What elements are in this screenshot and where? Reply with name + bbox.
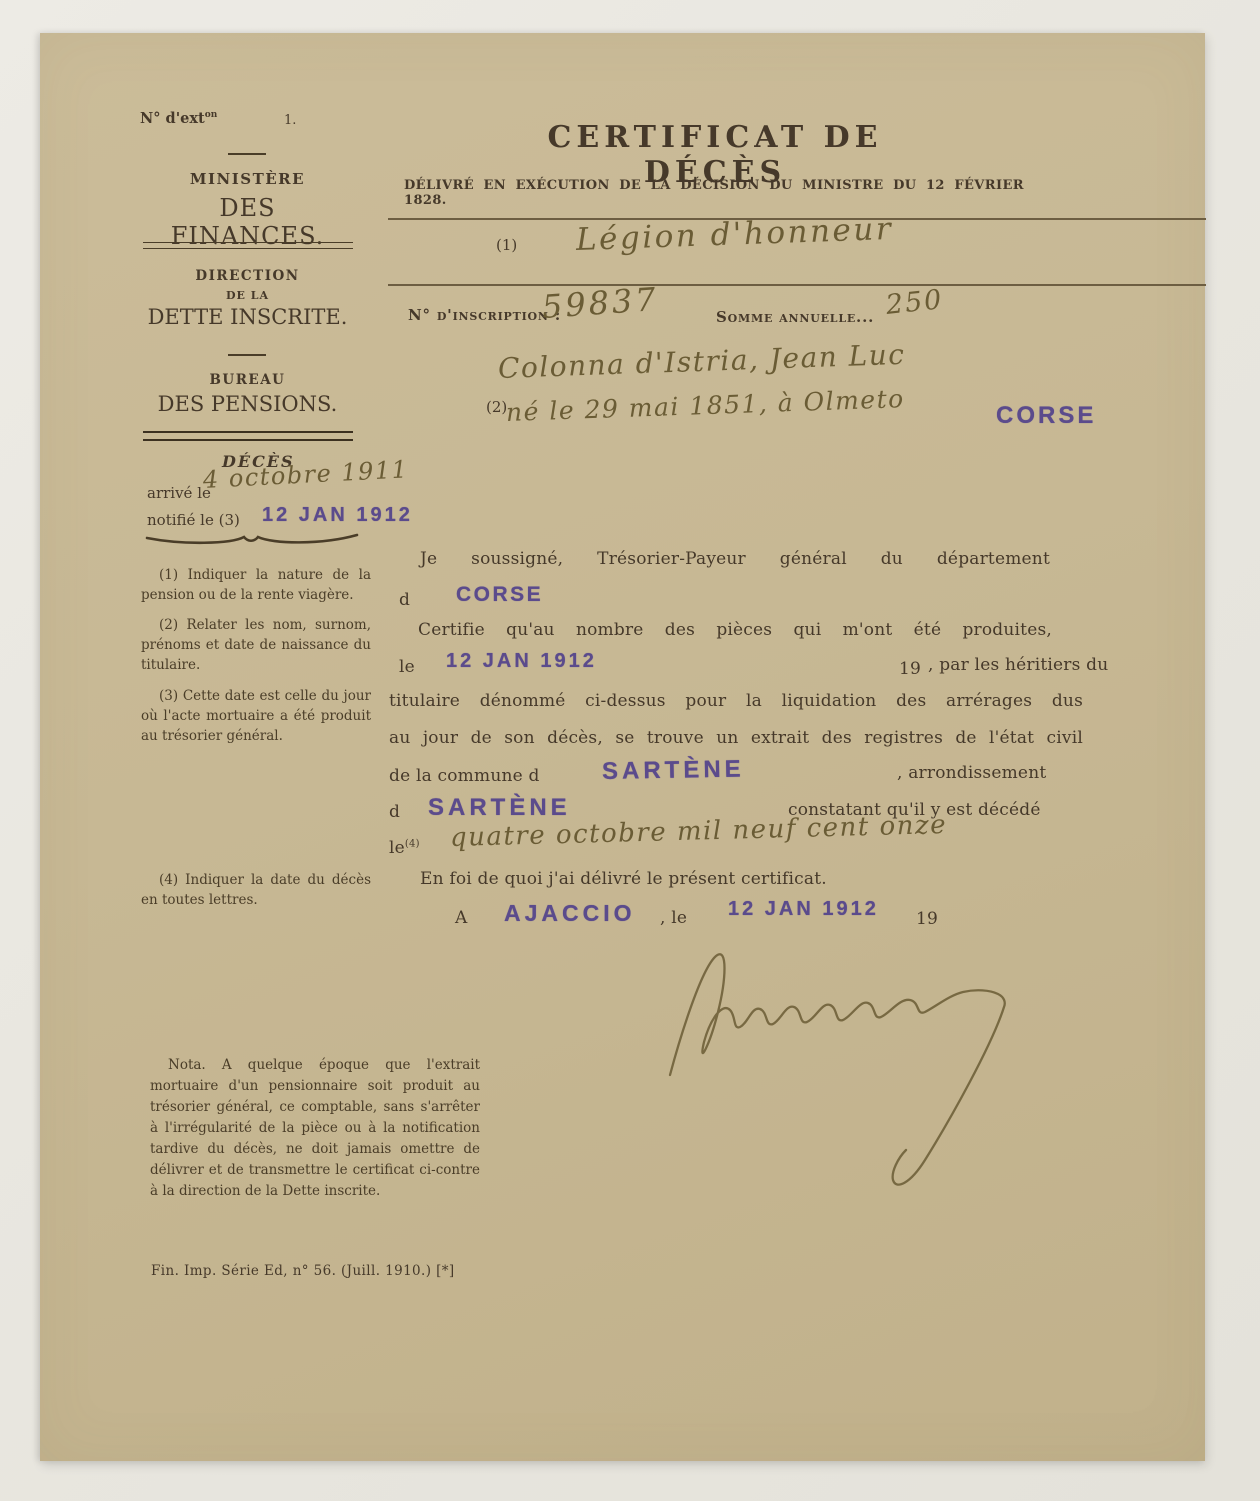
imprint-line: Fin. Imp. Série Ed, n° 56. (Juill. 1910.…: [151, 1263, 455, 1279]
heirs-suffix: , par les héritiers du: [928, 655, 1108, 675]
footnote-1: (1) Indiquer la nature de la pension ou …: [141, 565, 371, 605]
direction-line2: DE LA: [140, 289, 355, 302]
place-prefix: A: [455, 908, 467, 928]
arrond-prefix: d: [389, 802, 400, 822]
commune-prefix: de la commune d: [389, 766, 540, 786]
notifie-date-stamp: 12 JAN 1912: [262, 504, 413, 527]
foi-line: En foi de quoi j'ai délivré le présent c…: [420, 869, 827, 889]
date-stamp-2: 12 JAN 1912: [728, 898, 879, 921]
year-blank: 19: [899, 659, 921, 679]
extract-number-value: 1.: [284, 113, 296, 128]
le-label: le(4): [389, 838, 420, 858]
body-line-2: Certifie qu'au nombre des pièces qui m'o…: [418, 620, 1052, 640]
somme-annuelle-handwritten: 250: [884, 284, 944, 321]
corse-stamp-dept: CORSE: [456, 583, 543, 607]
footnote-3: (3) Cette date est celle du jour où l'ac…: [141, 686, 371, 746]
date-stamp-1: 12 JAN 1912: [446, 650, 597, 673]
swash-divider: [143, 528, 361, 546]
dept-prefix: d: [399, 590, 410, 610]
inscription-number-label: N° d'inscription :: [408, 306, 561, 324]
le2-label: , le: [660, 908, 687, 928]
bureau-line2: DES PENSIONS.: [140, 392, 355, 416]
arrive-label: arrivé le: [147, 484, 211, 502]
scan-background: N° d'exton 1. MINISTÈRE DES FINANCES. DI…: [0, 0, 1260, 1501]
year2-blank: 19: [916, 909, 938, 929]
bureau-line1: BUREAU: [140, 372, 355, 388]
direction-line3: DETTE INSCRITE.: [140, 305, 355, 329]
signature: [630, 950, 1080, 1220]
arrondissement-suffix: , arrondissement: [897, 763, 1046, 783]
rule-bottom: [388, 284, 1206, 286]
divider-short-top: [228, 153, 266, 155]
sartene-stamp-commune: SARTÈNE: [602, 756, 745, 786]
somme-annuelle-label: Somme annuelle...: [716, 308, 874, 326]
footnote-4: (4) Indiquer la date du décès en toutes …: [141, 870, 371, 910]
direction-block: DIRECTION DE LA DETTE INSCRITE.: [140, 268, 355, 329]
nota-paragraph: Nota. A quelque époque que l'extrait mor…: [150, 1055, 480, 1202]
extract-number-label: N° d'exton: [140, 110, 217, 127]
date-prefix: le: [399, 657, 415, 677]
footnote-2: (2) Relater les nom, surnom, prénoms et …: [141, 615, 371, 675]
field1-number: (1): [496, 236, 517, 254]
notifie-label: notifié le (3): [147, 511, 240, 529]
direction-line1: DIRECTION: [140, 268, 355, 284]
sartene-stamp-arrond: SARTÈNE: [428, 794, 571, 822]
bureau-block: BUREAU DES PENSIONS.: [140, 372, 355, 416]
divider-double: [143, 242, 353, 249]
document-subtitle: DÉLIVRÉ EN EXÉCUTION DE LA DÉCISION DU M…: [404, 178, 1024, 208]
body-line-4: au jour de son décès, se trouve un extra…: [389, 728, 1083, 748]
divider-heavy: [143, 431, 353, 441]
body-line-1: Je soussigné, Trésorier-Payeur général d…: [420, 549, 1050, 569]
ministry-line1: MINISTÈRE: [140, 170, 355, 188]
ministry-block: MINISTÈRE DES FINANCES.: [140, 170, 355, 250]
inscription-number-handwritten: 59837: [541, 280, 660, 326]
corse-stamp-top: CORSE: [996, 402, 1096, 430]
divider-short-mid: [228, 354, 266, 356]
ajaccio-stamp: AJACCIO: [504, 900, 636, 927]
field2-number: (2): [486, 398, 507, 416]
body-line-3: titulaire dénommé ci-dessus pour la liqu…: [389, 691, 1083, 711]
